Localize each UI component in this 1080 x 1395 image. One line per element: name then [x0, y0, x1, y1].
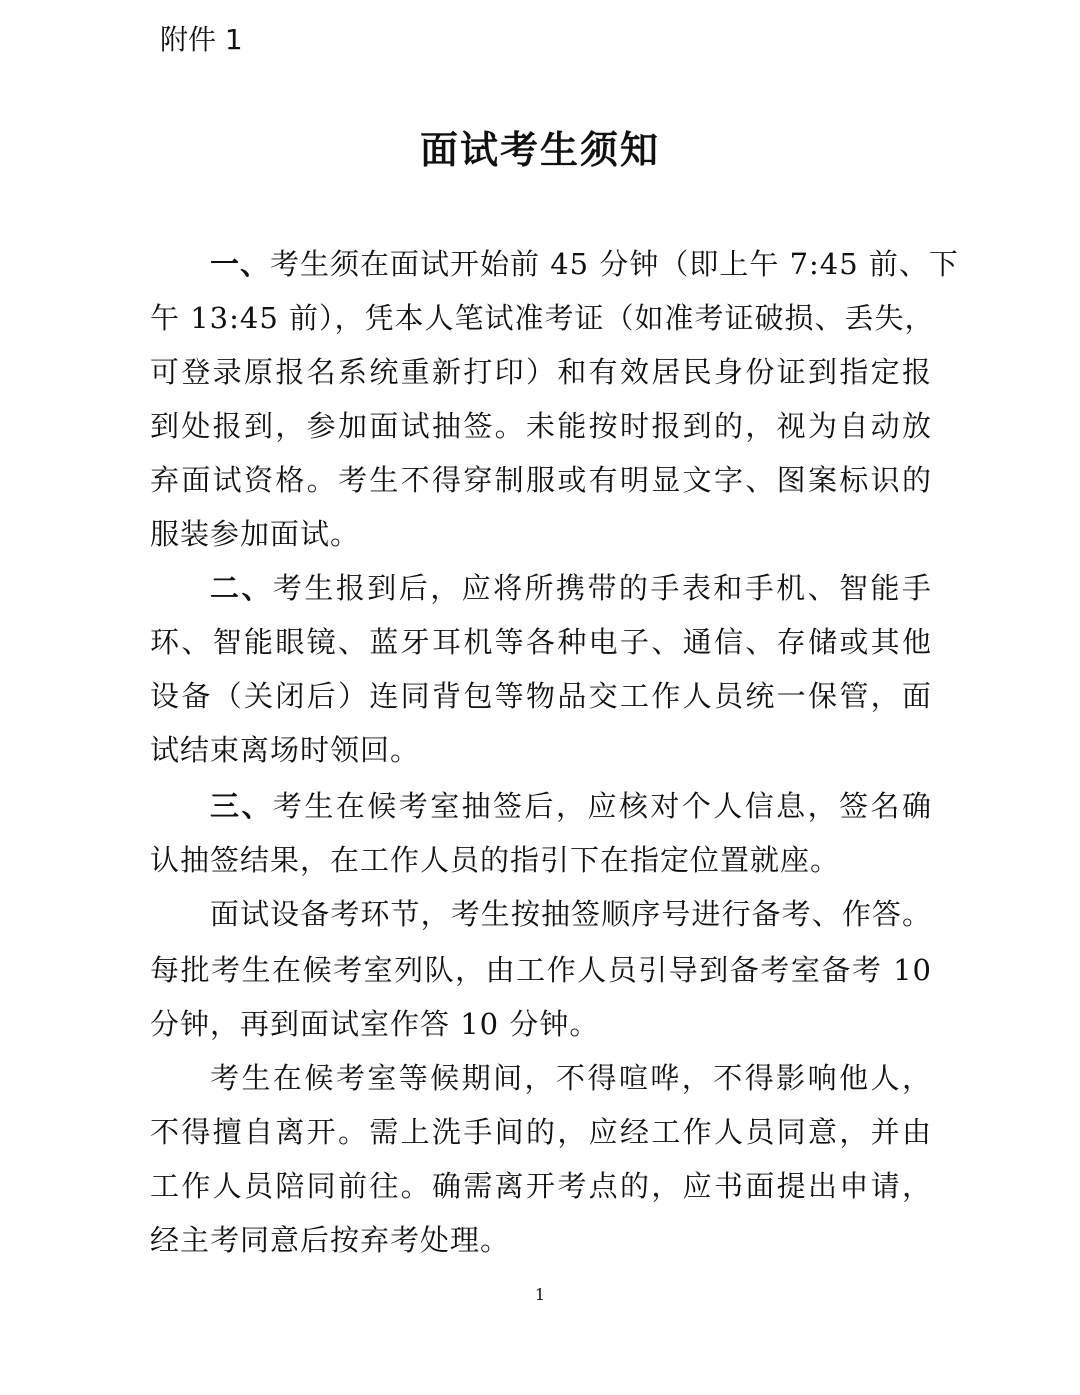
section-number: 二、 — [210, 571, 273, 605]
paragraph-5-line-2: 不得擅自离开。需上洗手间的，应经工作人员同意，并由 — [150, 1112, 932, 1152]
document-page: 附件 1 面试考生须知 一、考生须在面试开始前 45 分钟（即上午 7:45 前… — [0, 0, 1080, 1395]
paragraph-3-line-2: 认抽签结果，在工作人员的指引下在指定位置就座。 — [150, 840, 932, 880]
document-title: 面试考生须知 — [0, 122, 1080, 178]
paragraph-3-line-1: 三、考生在候考室抽签后，应核对个人信息，签名确 — [210, 786, 932, 826]
paragraph-1-line-3: 可登录原报名系统重新打印）和有效居民身份证到指定报 — [150, 352, 932, 392]
paragraph-1-line-4: 到处报到，参加面试抽签。未能按时报到的，视为自动放 — [150, 406, 932, 446]
section-number: 一、 — [210, 247, 270, 281]
paragraph-1-line-1: 一、考生须在面试开始前 45 分钟（即上午 7:45 前、下 — [210, 244, 932, 284]
paragraph-2-line-4: 试结束离场时领回。 — [150, 730, 932, 770]
attachment-label: 附件 1 — [160, 20, 243, 60]
paragraph-4-line-1: 面试设备考环节，考生按抽签顺序号进行备考、作答。 — [210, 894, 932, 934]
paragraph-5-line-1: 考生在候考室等候期间，不得喧哗，不得影响他人， — [210, 1058, 932, 1098]
paragraph-2-line-1: 二、考生报到后，应将所携带的手表和手机、智能手 — [210, 568, 932, 608]
paragraph-1-line-6: 服装参加面试。 — [150, 514, 932, 554]
paragraph-5-line-4: 经主考同意后按弃考处理。 — [150, 1220, 932, 1260]
paragraph-1-line-5: 弃面试资格。考生不得穿制服或有明显文字、图案标识的 — [150, 460, 932, 500]
paragraph-5-line-3: 工作人员陪同前往。确需离开考点的，应书面提出申请， — [150, 1166, 932, 1206]
paragraph-4-line-3: 分钟，再到面试室作答 10 分钟。 — [150, 1004, 932, 1044]
paragraph-2-line-3: 设备（关闭后）连同背包等物品交工作人员统一保管，面 — [150, 676, 932, 716]
section-number: 三、 — [210, 789, 273, 823]
page-number: 1 — [0, 1285, 1080, 1305]
paragraph-2-line-2: 环、智能眼镜、蓝牙耳机等各种电子、通信、存储或其他 — [150, 622, 932, 662]
paragraph-1-line-2: 午 13:45 前），凭本人笔试准考证（如准考证破损、丢失， — [150, 298, 932, 338]
paragraph-4-line-2: 每批考生在候考室列队，由工作人员引导到备考室备考 10 — [150, 950, 932, 990]
